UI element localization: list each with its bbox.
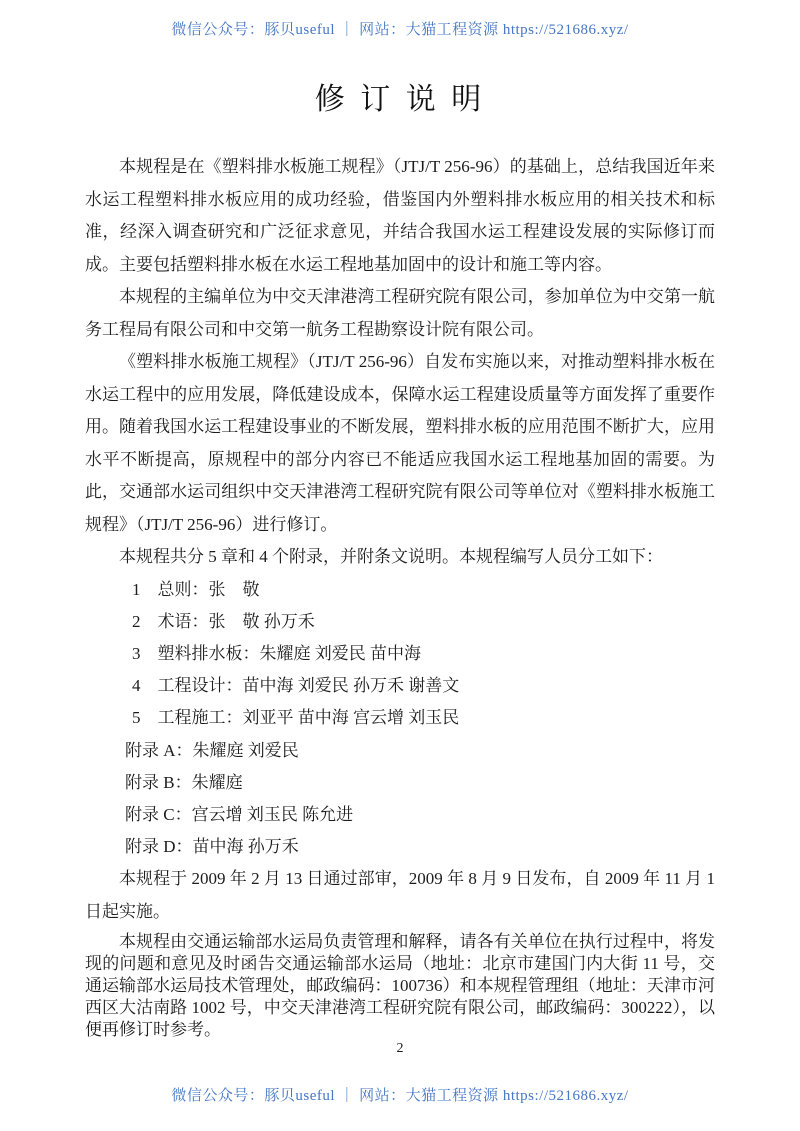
paragraph-management: 本规程由交通运输部水运局负责管理和解释，请各有关单位在执行过程中，将发现的问题和… — [85, 928, 715, 1041]
page-number: 2 — [0, 1041, 800, 1057]
document-content: 本规程是在《塑料排水板施工规程》（JTJ/T 256-96）的基础上，总结我国近… — [85, 151, 715, 1041]
paragraph-structure: 本规程共分 5 章和 4 个附录，并附条文说明。本规程编写人员分工如下： — [85, 541, 715, 574]
assignment-item-appendix-b: 附录 B：朱耀庭 — [85, 767, 715, 799]
paragraph-editing-units: 本规程的主编单位为中交天津港湾工程研究院有限公司，参加单位为中交第一航务工程局有… — [85, 281, 715, 346]
paragraph-approval: 本规程于 2009 年 2 月 13 日通过部审，2009 年 8 月 9 日发… — [85, 863, 715, 928]
paragraph-intro: 本规程是在《塑料排水板施工规程》（JTJ/T 256-96）的基础上，总结我国近… — [85, 151, 715, 281]
assignment-item: 5 工程施工：刘亚平 苗中海 宫云增 刘玉民 — [85, 702, 715, 734]
assignment-item: 2 术语：张 敬 孙万禾 — [85, 606, 715, 638]
page-title: 修 订 说 明 — [0, 74, 800, 118]
document-page: 微信公众号：豚贝useful ｜ 网站：大猫工程资源 https://52168… — [0, 0, 800, 1131]
assignment-item-appendix-a: 附录 A：朱耀庭 刘爱民 — [85, 735, 715, 767]
assignment-item-appendix-c: 附录 C：宫云增 刘玉民 陈允进 — [85, 799, 715, 831]
header-text: 微信公众号：豚贝useful ｜ 网站：大猫工程资源 https://52168… — [171, 22, 628, 38]
footer-text: 微信公众号：豚贝useful ｜ 网站：大猫工程资源 https://52168… — [171, 1088, 628, 1104]
assignment-item: 4 工程设计：苗中海 刘爱民 孙万禾 谢善文 — [85, 670, 715, 702]
page-header: 微信公众号：豚贝useful ｜ 网站：大猫工程资源 https://52168… — [0, 18, 800, 39]
paragraph-revision-background: 《塑料排水板施工规程》（JTJ/T 256-96）自发布实施以来，对推动塑料排水… — [85, 346, 715, 541]
assignment-item: 3 塑料排水板：朱耀庭 刘爱民 苗中海 — [85, 638, 715, 670]
assignment-item-appendix-d: 附录 D：苗中海 孙万禾 — [85, 831, 715, 863]
assignment-list: 1 总则：张 敬 2 术语：张 敬 孙万禾 3 塑料排水板：朱耀庭 刘爱民 苗中… — [85, 574, 715, 864]
assignment-item: 1 总则：张 敬 — [85, 574, 715, 606]
page-footer: 微信公众号：豚贝useful ｜ 网站：大猫工程资源 https://52168… — [0, 1084, 800, 1105]
